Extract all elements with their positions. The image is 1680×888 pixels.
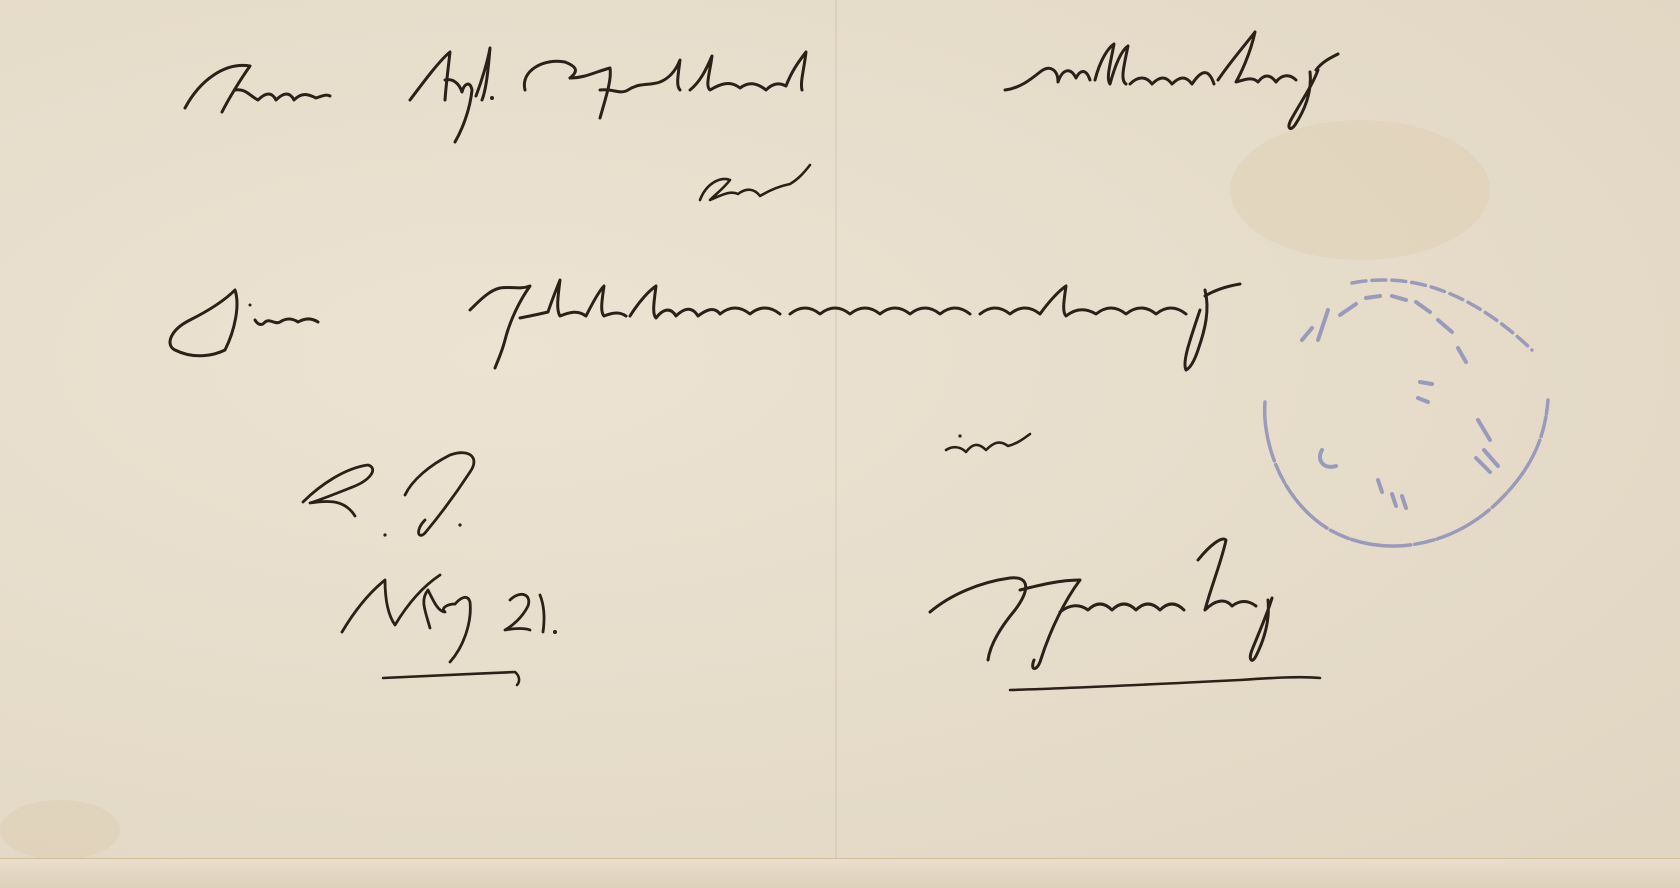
postmark-stamp (0, 0, 1680, 888)
envelope-paper: Vom Kgl. Bezirksamt Miltenberg An Die Sc… (0, 0, 1680, 888)
